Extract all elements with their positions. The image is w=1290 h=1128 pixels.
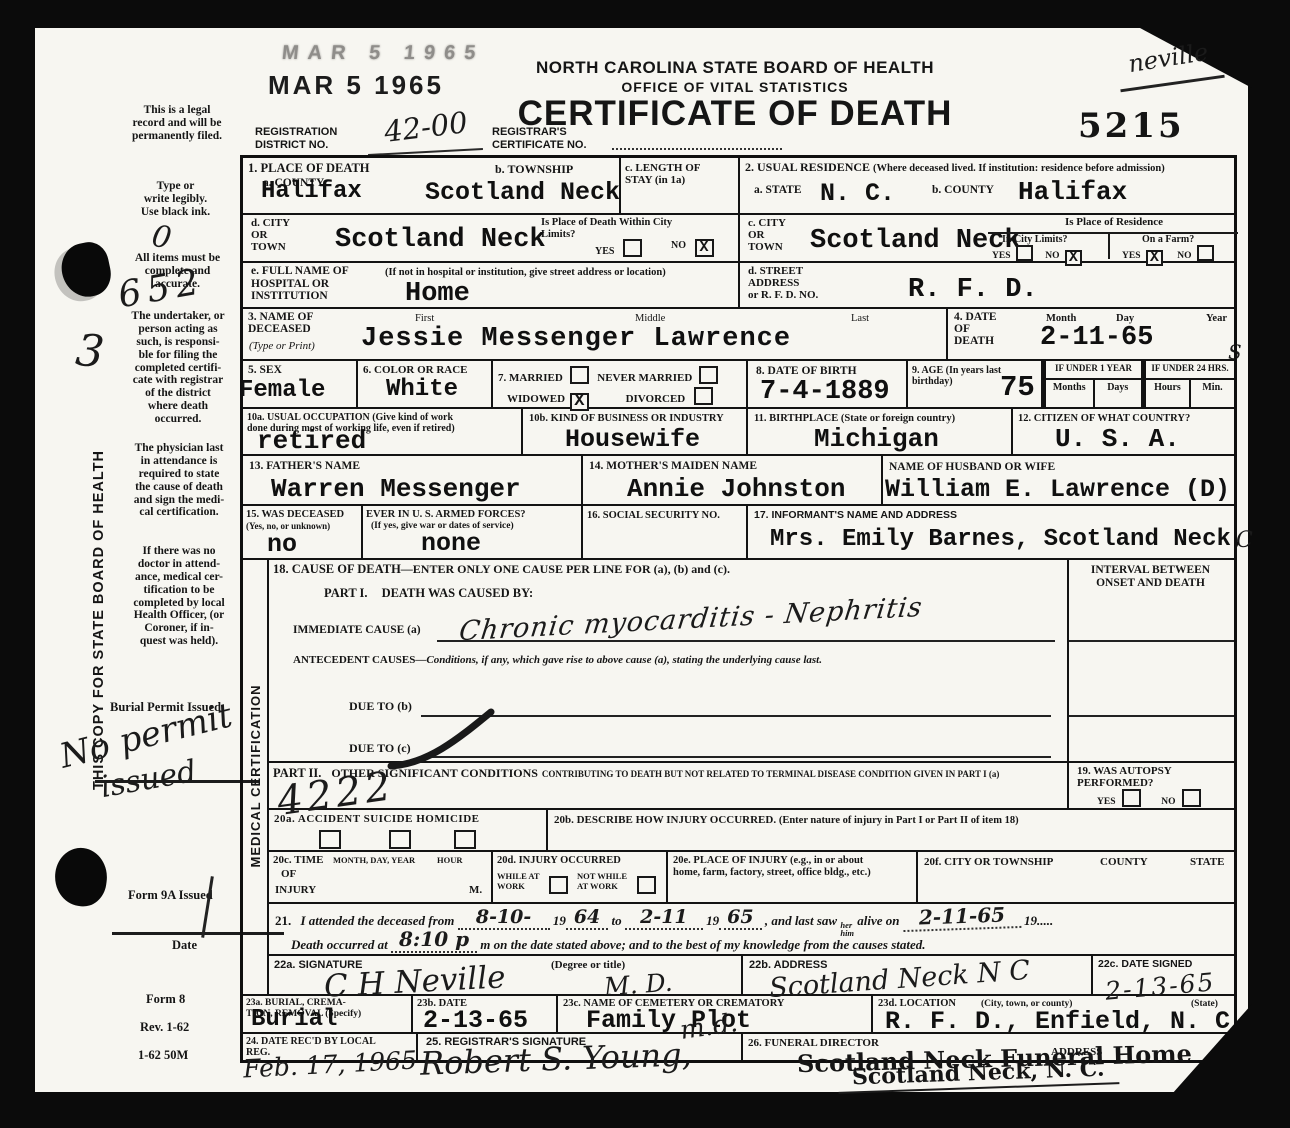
alive-on-text: alive on	[857, 913, 899, 928]
usual-residence-note: (Where deceased lived. If institution: r…	[873, 163, 1165, 174]
marital-row-2: WIDOWED X DIVORCED	[507, 387, 713, 411]
cause-of-death-instruction: —ENTER ONLY ONE CAUSE PER LINE FOR (a), …	[401, 562, 730, 576]
res-county-label: b. COUNTY	[932, 184, 994, 197]
medical-certification-body: 18. CAUSE OF DEATH—ENTER ONLY ONE CAUSE …	[269, 560, 1234, 994]
printed-19-c: 19.....	[1024, 913, 1053, 928]
not-while-at-work-checkbox	[637, 876, 656, 894]
while-at-work-label: WHILE AT WORK	[497, 872, 540, 891]
no-label: NO	[1045, 251, 1059, 261]
attended-line-2: Death occurred at 8:10 p m on the date s…	[291, 930, 926, 956]
occupation-value: retired	[257, 426, 366, 456]
part1-text: DEATH WAS CAUSED BY:	[382, 586, 534, 600]
antecedent-text: —Conditions, if any, which gave rise to …	[415, 654, 822, 666]
registrar-certificate-line	[612, 148, 782, 150]
field-date-of-death: 4. DATE OF DEATH Month Day Year 2-11-65	[948, 309, 1234, 359]
death-occurred-text-2: m on the date stated above; and to the b…	[480, 937, 925, 952]
immediate-cause-label: IMMEDIATE CAUSE (a)	[293, 624, 421, 637]
field-business-industry: 10b. KIND OF BUSINESS OR INDUSTRY Housew…	[523, 409, 748, 454]
city-limits-no-checkbox: X	[695, 239, 714, 257]
antecedent-header: ANTECEDENT CAUSES—Conditions, if any, wh…	[293, 654, 1053, 666]
father-label: 13. FATHER'S NAME	[249, 460, 360, 473]
injury-city-label: 20f. CITY OR TOWNSHIP	[924, 856, 1053, 868]
city-of-death-label: d. CITY OR TOWN	[251, 217, 290, 253]
never-married-label: NEVER MARRIED	[597, 372, 692, 384]
type-or-print-note: (Type or Print)	[249, 340, 315, 352]
sex-value: Female	[239, 377, 325, 404]
physician-signature-cell: 22a. SIGNATURE (Degree or title) C H Nev…	[269, 956, 743, 994]
interval-column: INTERVAL BETWEEN ONSET AND DEATH	[1069, 560, 1234, 761]
certificate-form: 1. PLACE OF DEATH a. COUNTY Halifax b. T…	[240, 155, 1237, 1063]
homicide-checkbox	[454, 830, 476, 849]
days-col: Days	[1095, 380, 1142, 408]
burial-date-cell: 23b. DATE 2-13-65	[413, 996, 558, 1032]
city-of-death-value: Scotland Neck	[335, 225, 546, 255]
time-of-injury: 20c. TIME MONTH, DAY, YEAR HOUR OF INJUR…	[269, 852, 493, 902]
autopsy-no-label: NO	[1161, 797, 1175, 807]
autopsy-yes-label: YES	[1097, 797, 1115, 807]
year-header: Year	[1206, 313, 1227, 325]
date-signed-cell: 22c. DATE SIGNED 2-13-65	[1093, 956, 1234, 994]
field-color-or-race: 6. COLOR OR RACE White	[358, 361, 493, 407]
field-if-under-24-hrs: IF UNDER 24 HRS. Hours Min.	[1143, 361, 1234, 407]
death-occurred-text: Death occurred at	[291, 937, 388, 952]
married-checkbox	[570, 366, 589, 384]
registrar-signature-flourish: m.d.	[678, 1008, 739, 1046]
medical-certification-vertical-label: MEDICAL CERTIFICATION	[248, 566, 264, 986]
hour-label: HOUR	[437, 856, 463, 866]
hospital-value: Home	[405, 279, 470, 309]
informant-value: Mrs. Emily Barnes, Scotland Neck,	[770, 526, 1245, 553]
part1-header: PART I.DEATH WAS CAUSED BY:	[324, 586, 533, 600]
street-address-value: R. F. D.	[908, 275, 1038, 305]
city-limits-question: Is Place of Death Within City Limits?	[541, 217, 672, 241]
city-limits-yes-checkbox	[623, 239, 642, 257]
place-of-injury-label: 20e. PLACE OF INJURY (e.g., in or about …	[673, 855, 871, 879]
due-to-b-line	[421, 715, 1051, 717]
margin-note-legibly: Type or write legibly. Use black ink.	[118, 180, 233, 219]
certificate-number: 5215	[1078, 106, 1185, 146]
armed-forces-detail-value: none	[421, 529, 481, 558]
field-citizen-of: 12. CITIZEN OF WHAT COUNTRY? U. S. A.	[1013, 409, 1234, 454]
field-social-security: 16. SOCIAL SECURITY NO.	[583, 506, 748, 558]
not-while-at-work-label: NOT WHILE AT WORK	[577, 872, 627, 891]
describe-injury-header: 20b. DESCRIBE HOW INJURY OCCURRED. (Ente…	[554, 814, 1204, 827]
widowed-label: WIDOWED	[507, 393, 565, 405]
item-21-number: 21.	[275, 913, 291, 928]
burial-location-cell: 23d. LOCATION (City, town, or county) (S…	[873, 996, 1234, 1032]
citizen-value: U. S. A.	[1055, 424, 1180, 454]
township-label: b. TOWNSHIP	[495, 163, 573, 176]
armed-forces-label-1: 15. WAS DECEASED	[246, 509, 344, 521]
field-place-of-death-county: 1. PLACE OF DEATH a. COUNTY Halifax b. T…	[243, 158, 621, 213]
part1-label: PART I.	[324, 586, 368, 600]
field-city-of-death: d. CITY OR TOWN Scotland Neck Is Place o…	[243, 215, 740, 261]
marital-row-1: 7. MARRIED NEVER MARRIED	[498, 366, 718, 384]
res-city-value: Scotland Neck	[810, 226, 1021, 256]
form9a-date-label: Date	[172, 938, 197, 952]
autopsy-label: 19. WAS AUTOPSY PERFORMED?	[1077, 765, 1172, 789]
citizen-label: 12. CITIZEN OF WHAT COUNTRY?	[1018, 413, 1190, 425]
farm-question: On a Farm?	[1142, 234, 1194, 245]
ssn-label: 16. SOCIAL SECURITY NO.	[587, 510, 720, 522]
registrar-signature-cell: 25. REGISTRAR'S SIGNATURE Robert S. Youn…	[418, 1034, 743, 1060]
field-age: 9. AGE (In years last birthday) 75	[908, 361, 1043, 407]
interval-rule-2	[1069, 715, 1234, 717]
of-label: OF	[281, 868, 296, 880]
form-footer-3: 1-62 50M	[138, 1048, 188, 1062]
field-name-of-deceased: 3. NAME OF DECEASED (Type or Print) Firs…	[243, 309, 948, 359]
deceased-name-value: Jessie Messenger Lawrence	[361, 324, 791, 354]
margin-note-undertaker: The undertaker, or person acting as such…	[108, 310, 248, 426]
state-value: N. C.	[820, 179, 895, 208]
industry-value: Housewife	[565, 425, 700, 454]
field-birthplace: 11. BIRTHPLACE (State or foreign country…	[748, 409, 1013, 454]
sex-label: 5. SEX	[248, 364, 282, 377]
date-signed-label: 22c. DATE SIGNED	[1098, 959, 1192, 971]
armed-forces-value: no	[267, 530, 297, 559]
injury-state-label: STATE	[1190, 856, 1224, 868]
office-name: OFFICE OF VITAL STATISTICS	[450, 79, 1020, 95]
physician-degree-handwriting: M. D.	[603, 968, 673, 1002]
field-length-of-stay: c. LENGTH OF STAY (in 1a)	[621, 158, 740, 213]
no-label: NO	[671, 240, 686, 251]
under-24-hrs-header: IF UNDER 24 HRS.	[1146, 361, 1234, 380]
spouse-label: NAME OF HUSBAND OR WIFE	[889, 461, 1055, 474]
autopsy-box: 19. WAS AUTOPSY PERFORMED? YES NO	[1069, 763, 1234, 808]
yes-label: YES	[1122, 251, 1140, 261]
cause-of-death-title: 18. CAUSE OF DEATH	[273, 562, 401, 576]
age-value: 75	[1000, 371, 1035, 404]
race-label: 6. COLOR OR RACE	[363, 364, 468, 376]
age-label: 9. AGE (In years last birthday)	[912, 365, 1001, 387]
city-limits-yes: YES	[595, 239, 642, 257]
burial-value: Burial	[251, 1006, 337, 1033]
field-usual-occupation: 10a. USUAL OCCUPATION (Give kind of work…	[243, 409, 523, 454]
cause-of-death-section: 18. CAUSE OF DEATH—ENTER ONLY ONE CAUSE …	[269, 560, 1069, 761]
attended-text-1: I attended the deceased from	[301, 913, 455, 928]
length-of-stay-label: c. LENGTH OF STAY (in 1a)	[625, 162, 700, 187]
usual-residence-title: 2. USUAL RESIDENCE	[745, 160, 870, 174]
registration-district-label: REGISTRATION DISTRICT NO.	[255, 126, 337, 152]
received-stamp: MAR 5 1965	[268, 70, 444, 101]
res-county-value: Halifax	[1018, 177, 1127, 207]
field-if-under-1-year: IF UNDER 1 YEAR Months Days	[1043, 361, 1143, 407]
field-city-of-residence: c. CITY OR TOWN Scotland Neck Is Place o…	[740, 215, 1234, 261]
attended-to-hand: 2-11	[625, 906, 703, 930]
margin-note-nodoctor: If there was no doctor in attend- ance, …	[108, 545, 250, 648]
margin-hand-3: 3	[73, 325, 106, 379]
antecedent-label: ANTECEDENT CAUSES	[293, 654, 415, 666]
hospital-note: (If not in hospital or institution, give…	[385, 267, 666, 279]
informant-label: 17. INFORMANT'S NAME AND ADDRESS	[754, 510, 957, 522]
form-footer-1: Form 8	[146, 992, 185, 1006]
street-address-label: d. STREET ADDRESS or R. F. D. NO.	[748, 265, 818, 301]
father-value: Warren Messenger	[271, 474, 521, 504]
board-name: NORTH CAROLINA STATE BOARD OF HEALTH	[450, 58, 1020, 78]
field-marital-status: 7. MARRIED NEVER MARRIED WIDOWED X DIVOR…	[493, 361, 748, 407]
month-day-year-label: MONTH, DAY, YEAR	[333, 856, 415, 866]
injury-occurred-label: 20d. INJURY OCCURRED	[497, 855, 621, 867]
location-value: R. F. D., Enfield, N. C.	[885, 1007, 1245, 1036]
part2-text: CONTRIBUTING TO DEATH BUT NOT RELATED TO…	[542, 769, 999, 779]
min-col: Min.	[1191, 380, 1234, 408]
mother-value: Annie Johnston	[627, 474, 845, 504]
autopsy-boxes: YES NO	[1097, 789, 1201, 808]
describe-injury-note: (Enter nature of injury in Part I or Par…	[779, 815, 1019, 826]
place-of-death-label: 1. PLACE OF DEATH	[248, 161, 370, 175]
last-header: Last	[851, 313, 869, 325]
divorced-checkbox	[694, 387, 713, 405]
accident-checkbox	[319, 830, 341, 849]
margin-note-physician: The physician last in attendance is requ…	[110, 442, 248, 519]
hospital-label: e. FULL NAME OF HOSPITAL OR INSTITUTION	[251, 265, 349, 303]
hours-col: Hours	[1146, 380, 1191, 408]
funeral-director-cell: 26. FUNERAL DIRECTOR ADDRESS Scotland Ne…	[743, 1034, 1234, 1060]
describe-injury-label: 20b. DESCRIBE HOW INJURY OCCURRED.	[554, 814, 776, 826]
res-city-limits-question: In City Limits?	[1002, 234, 1068, 245]
date-of-death-value: 2-11-65	[1040, 323, 1153, 353]
field-fathers-name: 13. FATHER'S NAME Warren Messenger	[243, 456, 583, 504]
state-label: a. STATE	[754, 184, 802, 197]
immediate-cause-handwriting: Chronic myocarditis - Nephritis	[457, 592, 924, 648]
field-mothers-maiden-name: 14. MOTHER'S MAIDEN NAME Annie Johnston	[583, 456, 883, 504]
place-of-injury: 20e. PLACE OF INJURY (e.g., in or about …	[668, 852, 918, 902]
yes-label: YES	[992, 251, 1010, 261]
due-to-c-line	[421, 756, 1051, 758]
injury-county-label: COUNTY	[1100, 856, 1148, 868]
armed-forces-label-2: EVER IN U. S. ARMED FORCES?	[366, 509, 526, 521]
margin-note-legal: This is a legal record and will be perma…	[112, 104, 242, 143]
dob-label: 8. DATE OF BIRTH	[756, 365, 857, 378]
res-city-label: c. CITY OR TOWN	[748, 217, 786, 253]
race-value: White	[386, 376, 458, 403]
injury-city-township: 20f. CITY OR TOWNSHIP COUNTY STATE	[918, 852, 1234, 902]
date-of-death-label: 4. DATE OF DEATH	[954, 311, 997, 347]
part2-section: PART II.OTHER SIGNIFICANT CONDITIONSCONT…	[269, 763, 1069, 808]
scanned-death-certificate: MAR 5 1965 MAR 5 1965 NORTH CAROLINA STA…	[0, 0, 1290, 1128]
checkmark-stroke	[387, 710, 497, 770]
suicide-checkbox	[389, 830, 411, 849]
never-married-checkbox	[699, 366, 718, 384]
last-alive-hand: 2-11-65	[902, 902, 1021, 932]
middle-header: Middle	[635, 313, 665, 325]
field-date-of-birth: 8. DATE OF BIRTH 7-4-1889	[748, 361, 908, 407]
field-husband-or-wife: NAME OF HUSBAND OR WIFE William E. Lawre…	[883, 456, 1234, 504]
res-city-yes-checkbox	[1016, 245, 1033, 261]
while-at-work-checkbox	[549, 876, 568, 894]
usual-residence-label: 2. USUAL RESIDENCE (Where deceased lived…	[745, 161, 1165, 175]
describe-injury: 20b. DESCRIBE HOW INJURY OCCURRED. (Ente…	[548, 810, 1234, 850]
cause-of-death-header: 18. CAUSE OF DEATH—ENTER ONLY ONE CAUSE …	[273, 562, 730, 576]
attended-last-saw-text: , and last saw	[765, 913, 837, 928]
field-informant: 17. INFORMANT'S NAME AND ADDRESS Mrs. Em…	[748, 506, 1234, 558]
form-footer-2: Rev. 1-62	[140, 1020, 189, 1034]
interval-label: INTERVAL BETWEEN ONSET AND DEATH	[1073, 564, 1228, 590]
married-label: 7. MARRIED	[498, 372, 563, 384]
divorced-label: DIVORCED	[626, 393, 686, 405]
burial-date-value: 2-13-65	[423, 1006, 528, 1035]
field-armed-forces-yesno: 15. WAS DECEASED (Yes, no, or unknown) n…	[243, 506, 363, 558]
residence-question: Is Place of Residence	[990, 216, 1238, 228]
field-hospital-name: e. FULL NAME OF HOSPITAL OR INSTITUTION …	[243, 263, 740, 307]
physician-address-cell: 22b. ADDRESS Scotland Neck N C	[743, 956, 1093, 994]
first-header: First	[415, 313, 434, 325]
attended-statement: 21. I attended the deceased from 8-10- 1…	[269, 904, 1234, 954]
field-street-address: d. STREET ADDRESS or R. F. D. NO. R. F. …	[740, 263, 1234, 307]
city-limits-no: NO X	[671, 239, 714, 257]
form9a-label: Form 9A Issued	[128, 888, 213, 902]
date-received-cell: 24. DATE REC'D BY LOCAL REG. Feb. 17, 19…	[243, 1034, 418, 1060]
degree-or-title-label: (Degree or title)	[551, 959, 625, 971]
county-value: Halifax	[261, 178, 362, 205]
farm-no-checkbox	[1197, 245, 1214, 261]
no-label: NO	[1177, 251, 1191, 261]
interval-rule-1	[1069, 640, 1234, 642]
attended-to-text: to	[612, 913, 622, 928]
deceased-name-label: 3. NAME OF DECEASED	[248, 311, 313, 335]
autopsy-no-checkbox	[1182, 789, 1201, 807]
dob-value: 7-4-1889	[760, 377, 890, 407]
field-armed-forces-detail: EVER IN U. S. ARMED FORCES? (If yes, giv…	[363, 506, 583, 558]
spouse-value: William E. Lawrence (D)	[885, 475, 1230, 504]
township-value: Scotland Neck	[425, 178, 620, 207]
registrar-certificate-label: REGISTRAR'S CERTIFICATE NO.	[492, 126, 587, 152]
medical-certification-strip: MEDICAL CERTIFICATION	[243, 560, 269, 994]
injury-label: INJURY	[275, 884, 316, 896]
birthplace-label: 11. BIRTHPLACE (State or foreign country…	[754, 413, 955, 425]
printed-19-b: 19	[706, 913, 719, 928]
residence-subdivider	[1108, 232, 1110, 259]
injury-occurred: 20d. INJURY OCCURRED WHILE AT WORK NOT W…	[493, 852, 668, 902]
time-label: 20c. TIME	[273, 854, 324, 866]
industry-label: 10b. KIND OF BUSINESS OR INDUSTRY	[529, 413, 724, 425]
yes-label: YES	[595, 246, 614, 257]
field-usual-residence: 2. USUAL RESIDENCE (Where deceased lived…	[740, 158, 1234, 213]
death-time-hand: 8:10 p	[391, 927, 477, 953]
birthplace-value: Michigan	[814, 424, 939, 454]
months-col: Months	[1046, 380, 1095, 408]
field-sex: 5. SEX Female	[243, 361, 358, 407]
meridiem-label: M.	[469, 884, 482, 896]
attended-year-1-hand: 64	[566, 906, 608, 930]
autopsy-yes-checkbox	[1122, 789, 1141, 807]
attended-year-2-hand: 65	[719, 906, 761, 930]
under-1-year-header: IF UNDER 1 YEAR	[1046, 361, 1141, 380]
mother-label: 14. MOTHER'S MAIDEN NAME	[589, 460, 757, 473]
printed-19-a: 19	[553, 913, 566, 928]
